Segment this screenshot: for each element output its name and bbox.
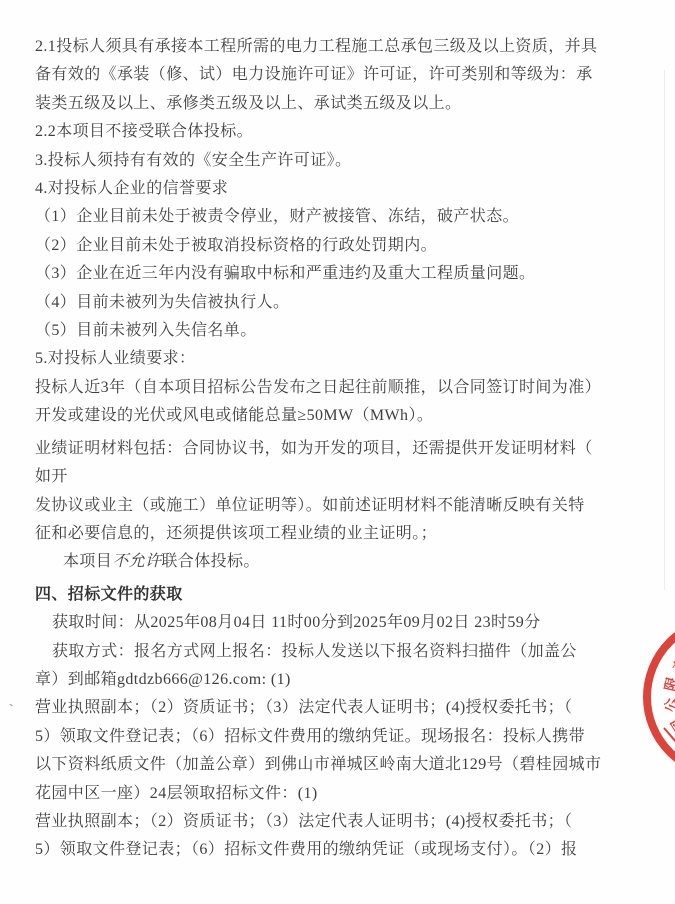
text-run: 征和必要信息的，还须提供该项工程业绩的业主证明。； xyxy=(35,525,437,542)
document-line: 3.投标人须持有有效的《安全生产许可证》。 xyxy=(35,147,655,175)
emphasized-text-run: 不允许 xyxy=(112,553,161,570)
text-run: 开发或建设的光伏或风电或储能总量≥50MW（MWh）。 xyxy=(35,407,433,424)
document-line: 装类五级及以上、承修类五级及以上、承试类五级及以上。 xyxy=(35,90,655,118)
text-run: 四、招标文件的获取 xyxy=(35,586,183,603)
text-run: 2.1投标人须具有承接本工程所需的电力工程施工总承包三级及以上资质，并具 xyxy=(35,38,597,55)
document-page: 2.1投标人须具有承接本工程所需的电力工程施工总承包三级及以上资质，并具备有效的… xyxy=(0,0,675,904)
seal-char: 公 xyxy=(663,696,675,713)
text-run: （3）企业在近三年内没有骗取中标和严重违约及重大工程质量问题。 xyxy=(35,265,535,282)
text-run: 获取时间：从2025年08月04日 11时00分到2025年09月02日 23时… xyxy=(52,614,541,631)
pen-mark-artifact: 、 xyxy=(6,691,21,710)
text-run: 花园中区一座）24层领取招标文件：(1) xyxy=(35,785,318,802)
document-line: 本项目不允许联合体投标。 xyxy=(35,548,655,576)
document-line: 四、招标文件的获取 xyxy=(35,581,655,609)
scan-edge-artifact xyxy=(664,70,665,590)
text-run: （5）目前未被列入失信名单。 xyxy=(35,322,257,339)
document-line: 营业执照副本；（2）资质证书；（3）法定代表人证明书；(4)授权委托书；（ xyxy=(35,808,655,836)
document-line: 营业执照副本；（2）资质证书；（3）法定代表人证明书；(4)授权委托书；（ xyxy=(35,694,655,722)
text-run: 5）领取文件登记表；（6）招标文件费用的缴纳凭证。现场报名：投标人携带 xyxy=(35,728,585,745)
text-run: 联合体投标。 xyxy=(161,553,259,570)
document-line: 如开 xyxy=(35,463,655,491)
document-line: 备有效的《承装（修、试）电力设施许可证》许可证，许可类别和等级为：承 xyxy=(35,61,655,89)
text-run: 投标人近3年（自本项目招标公告发布之日起往前顺推，以合同签订时间为准） xyxy=(35,379,601,396)
document-line: （3）企业在近三年内没有骗取中标和严重违约及重大工程质量问题。 xyxy=(35,260,655,288)
text-run: 业绩证明材料包括：合同协议书，如为开发的项目，还需提供开发证明材料（ xyxy=(35,440,593,457)
document-line: 2.1投标人须具有承接本工程所需的电力工程施工总承包三级及以上资质，并具 xyxy=(35,33,655,61)
text-run: 发协议或业主（或施工）单位证明等）。如前述证明材料不能清晰反映有关特 xyxy=(35,497,585,514)
text-run: 备有效的《承装（修、试）电力设施许可证》许可证，许可类别和等级为：承 xyxy=(35,66,593,83)
document-line: 获取时间：从2025年08月04日 11时00分到2025年09月02日 23时… xyxy=(35,609,655,637)
document-line: （2）企业目前未处于被取消投标资格的行政处罚期内。 xyxy=(35,232,655,260)
text-run: 获取方式：报名方式网上报名：投标人发送以下报名资料扫描件（加盖公 xyxy=(52,643,577,660)
document-line: 章）到邮箱gdtdzb666@126.com: (1) xyxy=(35,666,655,694)
text-run: 以下资料纸质文件（加盖公章）到佛山市禅城区岭南大道北129号（碧桂园城市 xyxy=(35,756,601,773)
document-line: 征和必要信息的，还须提供该项工程业绩的业主证明。； xyxy=(35,520,655,548)
document-line: 4.对投标人企业的信誉要求 xyxy=(35,175,655,203)
document-line: 开发或建设的光伏或风电或储能总量≥50MW（MWh）。 xyxy=(35,402,655,430)
text-run: 2.2本项目不接受联合体投标。 xyxy=(35,123,253,140)
seal-inner-stroke xyxy=(664,728,675,743)
document-line: 以下资料纸质文件（加盖公章）到佛山市禅城区岭南大道北129号（碧桂园城市 xyxy=(35,751,655,779)
document-line: 投标人近3年（自本项目招标公告发布之日起往前顺推，以合同签订时间为准） xyxy=(35,374,655,402)
text-run: 营业执照副本；（2）资质证书；（3）法定代表人证明书；(4)授权委托书；（ xyxy=(35,699,572,716)
document-line: （4）目前未被列为失信被执行人。 xyxy=(35,289,655,317)
document-body: 2.1投标人须具有承接本工程所需的电力工程施工总承包三级及以上资质，并具备有效的… xyxy=(35,33,655,865)
seal-char: 司 xyxy=(668,714,675,735)
seal-char: 有 xyxy=(669,655,675,676)
text-run: 本项目 xyxy=(63,553,112,570)
text-run: （1）企业目前未处于被责令停业，财产被接管、冻结，破产状态。 xyxy=(35,208,519,225)
document-line: 2.2本项目不接受联合体投标。 xyxy=(35,118,655,146)
text-run: 4.对投标人企业的信誉要求 xyxy=(35,180,228,197)
text-run: 3.投标人须持有有效的《安全生产许可证》。 xyxy=(35,152,351,169)
document-line: （5）目前未被列入失信名单。 xyxy=(35,317,655,345)
document-line: 5）领取文件登记表；（6）招标文件费用的缴纳凭证（或现场支付）。（2）报 xyxy=(35,836,655,864)
text-run: （4）目前未被列为失信被执行人。 xyxy=(35,294,289,311)
seal-char: 限 xyxy=(662,675,675,692)
document-line: 花园中区一座）24层领取招标文件：(1) xyxy=(35,780,655,808)
text-run: 章）到邮箱gdtdzb666@126.com: (1) xyxy=(35,671,291,688)
document-line: （1）企业目前未处于被责令停业，财产被接管、冻结，破产状态。 xyxy=(35,203,655,231)
text-run: 5）领取文件登记表；（6）招标文件费用的缴纳凭证（或现场支付）。（2）报 xyxy=(35,841,577,858)
document-line: 获取方式：报名方式网上报名：投标人发送以下报名资料扫描件（加盖公 xyxy=(35,638,655,666)
text-run: （2）企业目前未处于被取消投标资格的行政处罚期内。 xyxy=(35,237,437,254)
text-run: 如开 xyxy=(35,468,68,485)
document-line: 5）领取文件登记表；（6）招标文件费用的缴纳凭证。现场报名：投标人携带 xyxy=(35,723,655,751)
document-line: 发协议或业主（或施工）单位证明等）。如前述证明材料不能清晰反映有关特 xyxy=(35,492,655,520)
text-run: 5.对投标人业绩要求： xyxy=(35,350,195,367)
text-run: 装类五级及以上、承修类五级及以上、承试类五级及以上。 xyxy=(35,95,461,112)
document-line: 业绩证明材料包括：合同协议书，如为开发的项目，还需提供开发证明材料（ xyxy=(35,435,655,463)
text-run: 营业执照副本；（2）资质证书；（3）法定代表人证明书；(4)授权委托书；（ xyxy=(35,813,572,830)
document-line: 5.对投标人业绩要求： xyxy=(35,345,655,373)
